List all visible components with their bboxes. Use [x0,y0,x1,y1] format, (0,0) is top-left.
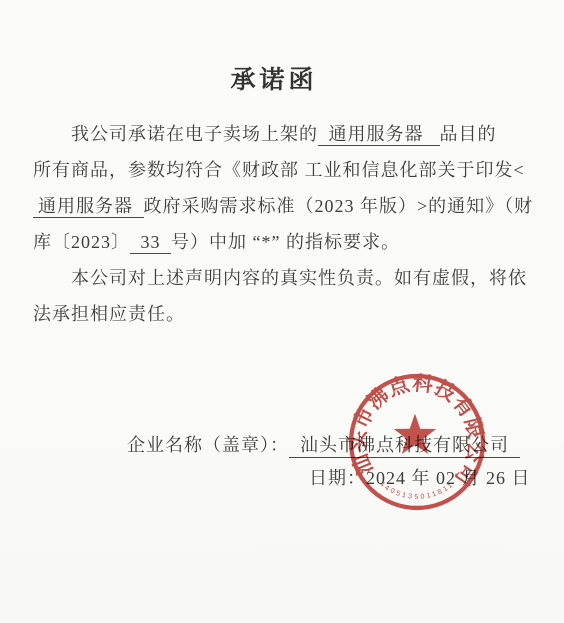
underlined-fill-in: 33 [130,232,171,254]
body-text-segment: 本公司对上述声明内容的真实性负责。如有虚假，将依 [71,268,527,288]
body-text-segment: 所有商品，参数均符合《财政部 工业和信息化部关于印发< [33,160,525,180]
underlined-fill-in: 通用服务器 [318,124,440,146]
signature-block: 企业名称（盖章）：汕头市沸点科技有限公司 日期：2024 年 02 月 26 日 [127,432,531,491]
body-text: 我公司承诺在电子卖场上架的 通用服务器 品目的所有商品，参数均符合《财政部 工业… [33,116,533,332]
signature-company-name: 汕头市沸点科技有限公司 [289,435,520,458]
body-text-segment: 号）中加 “*” 的指标要求。 [171,232,400,252]
date-label: 日期： [309,468,366,488]
body-text-segment: 法承担相应责任。 [33,304,185,324]
body-line: 本公司对上述声明内容的真实性负责。如有虚假，将依 [33,260,533,296]
body-text-segment: 我公司承诺在电子卖场上架的 [71,124,318,144]
body-text-segment: 品目的 [440,124,497,144]
date-value: 2024 年 02 月 26 日 [366,468,531,488]
date-row: 日期：2024 年 02 月 26 日 [309,465,531,491]
body-line: 库〔2023〕 33 号）中加 “*” 的指标要求。 [33,224,533,260]
body-text-segment: 库〔2023〕 [33,232,130,252]
company-name-row: 企业名称（盖章）：汕头市沸点科技有限公司 [127,432,531,458]
signature-label: 企业名称（盖章）： [127,435,289,455]
document-page: 承诺函 我公司承诺在电子卖场上架的 通用服务器 品目的所有商品，参数均符合《财政… [0,0,564,623]
page-title: 承诺函 [0,60,548,96]
underlined-fill-in: 通用服务器 [33,196,144,218]
body-line: 法承担相应责任。 [33,296,533,332]
body-line: 通用服务器 政府采购需求标准（2023 年版）>的通知》（财 [33,188,533,224]
body-line: 我公司承诺在电子卖场上架的 通用服务器 品目的 [33,116,533,152]
body-text-segment: 政府采购需求标准（2023 年版）>的通知》（财 [144,196,534,216]
body-line: 所有商品，参数均符合《财政部 工业和信息化部关于印发< [33,152,533,188]
